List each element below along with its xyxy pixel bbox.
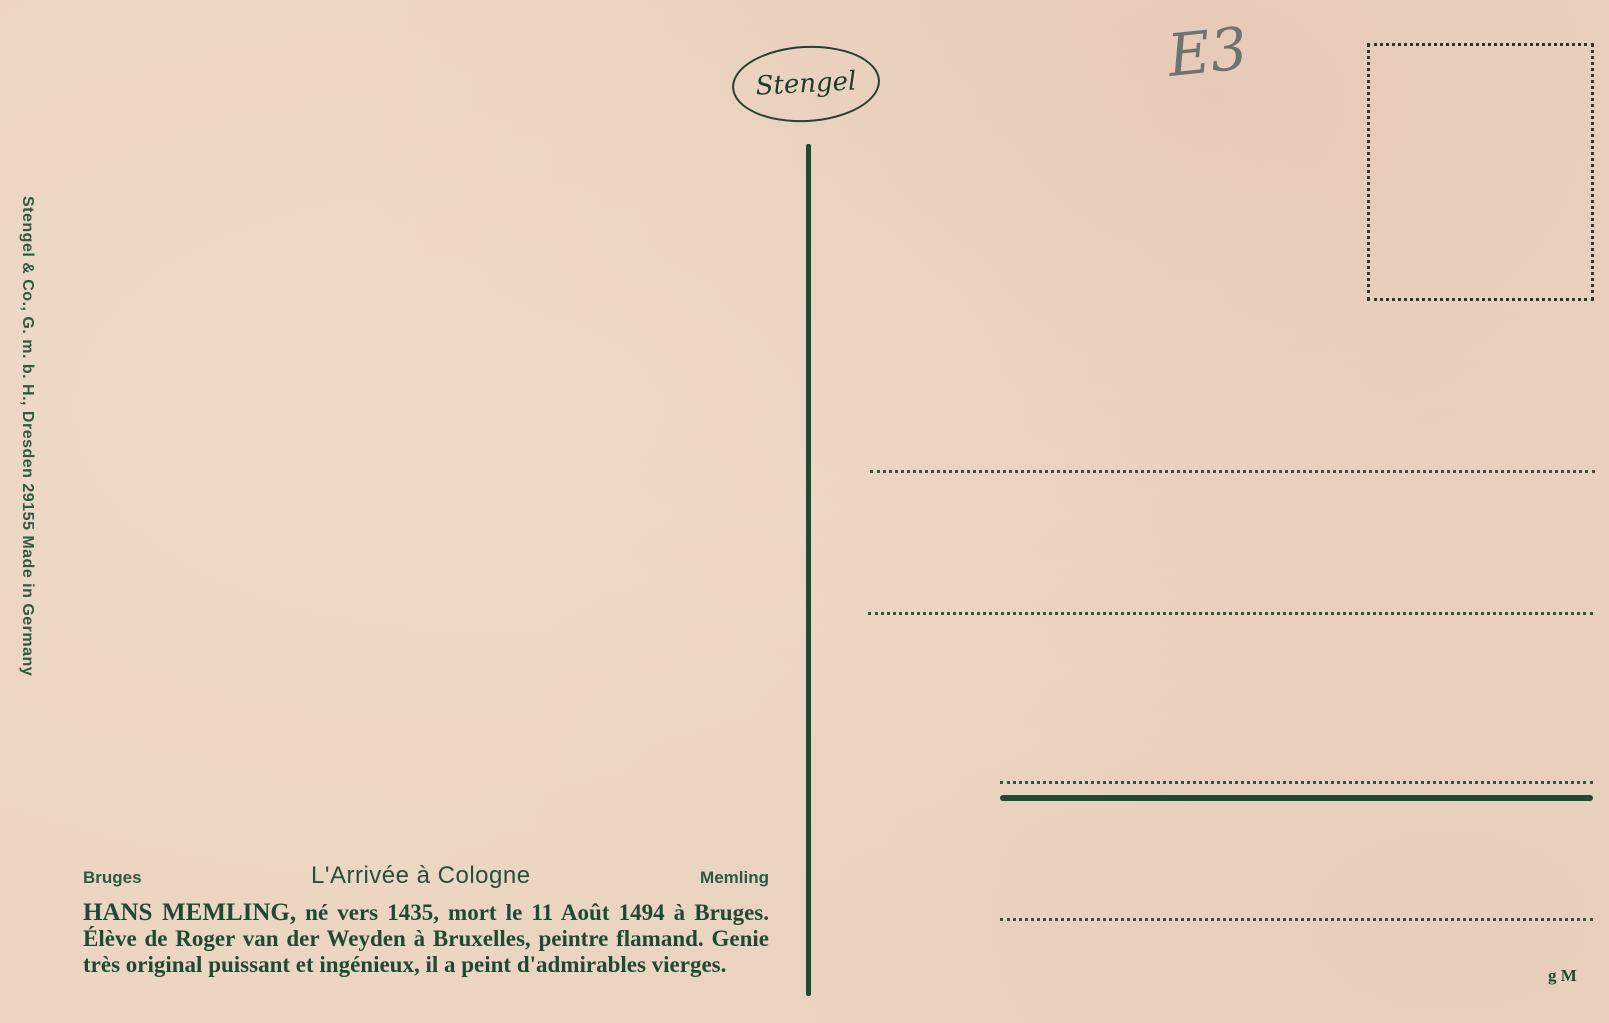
handwritten-note: E3 bbox=[1165, 14, 1251, 90]
caption-location: Bruges bbox=[83, 868, 142, 888]
bio-name: HANS MEMLING, bbox=[83, 899, 296, 926]
address-line-3 bbox=[1000, 781, 1593, 784]
logo-text: Stengel bbox=[755, 66, 857, 101]
center-divider-line bbox=[806, 144, 811, 996]
artist-biography: HANS MEMLING, né vers 1435, mort le 11 A… bbox=[83, 900, 769, 978]
corner-mark: g M bbox=[1548, 966, 1577, 986]
address-solid-line bbox=[1000, 795, 1593, 801]
stamp-box bbox=[1367, 43, 1594, 301]
side-imprint: Stengel & Co., G. m. b. H., Dresden 2915… bbox=[18, 196, 36, 676]
caption-row: Bruges L'Arrivée à Cologne Memling bbox=[83, 862, 769, 890]
address-line-2 bbox=[868, 612, 1593, 615]
caption-artist: Memling bbox=[700, 868, 769, 888]
address-line-1 bbox=[870, 470, 1595, 473]
address-line-4 bbox=[1000, 918, 1593, 921]
caption-title: L'Arrivée à Cologne bbox=[311, 862, 531, 890]
stengel-publisher-logo: Stengel bbox=[730, 42, 882, 126]
